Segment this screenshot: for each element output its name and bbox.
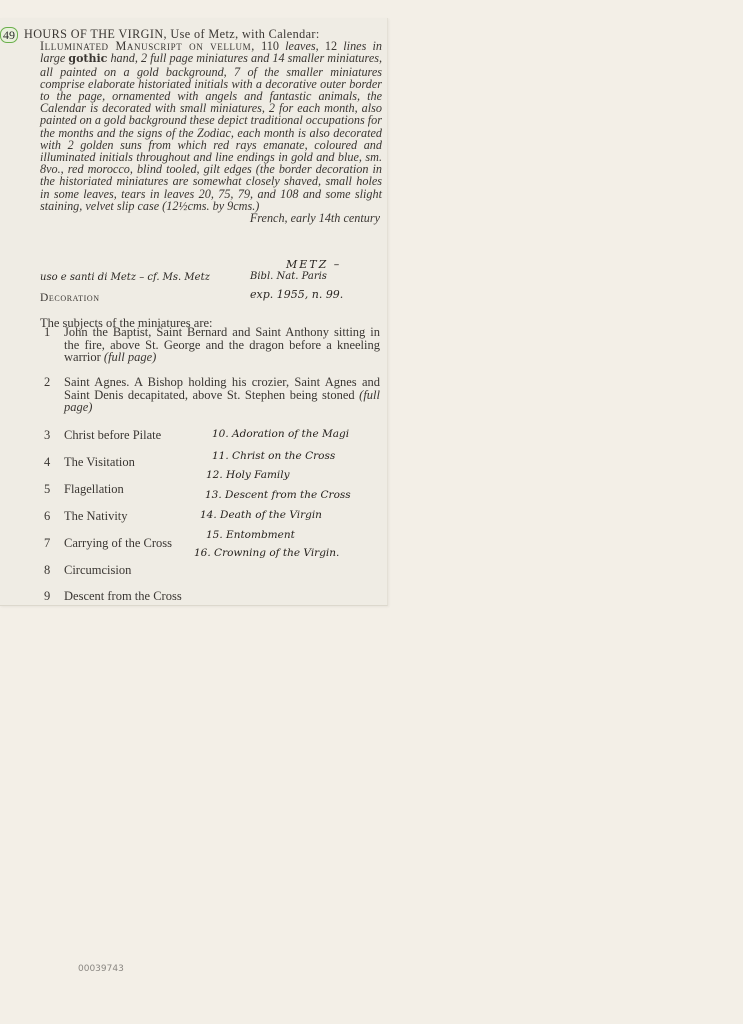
handwritten-subject: 15. Entombment bbox=[206, 529, 295, 541]
subject-number: 1 bbox=[44, 326, 54, 339]
subject-text: Circumcision bbox=[64, 564, 380, 577]
subject-note: (full page) bbox=[101, 350, 157, 364]
subject-number: 4 bbox=[44, 456, 54, 469]
lot-number-badge: 49 bbox=[0, 27, 18, 43]
lot-entry: 49 HOURS OF THE VIRGIN, Use of Metz, wit… bbox=[0, 28, 382, 224]
subject-number: 2 bbox=[44, 376, 54, 389]
gothic-word: gothic bbox=[68, 52, 107, 65]
subject-text: Saint Agnes. A Bishop holding his crozie… bbox=[64, 376, 380, 414]
handwritten-metz: METZ – bbox=[286, 258, 341, 271]
lot-description: Illuminated Manuscript on vellum, 110 le… bbox=[0, 40, 382, 212]
subject-number: 6 bbox=[44, 510, 54, 523]
handwritten-uso: uso e santi di Metz – cf. Ms. Metz bbox=[40, 272, 210, 283]
subject-number: 5 bbox=[44, 483, 54, 496]
lot-origin: French, early 14th century bbox=[0, 212, 382, 224]
archive-code: 00039743 bbox=[78, 964, 124, 974]
handwritten-bibl: Bibl. Nat. Paris bbox=[250, 271, 327, 282]
subject-number: 7 bbox=[44, 537, 54, 550]
subject-number: 3 bbox=[44, 429, 54, 442]
subject-number: 9 bbox=[44, 590, 54, 603]
decoration-label: Decoration bbox=[40, 292, 100, 304]
subject-number: 8 bbox=[44, 564, 54, 577]
subject-text: Descent from the Cross bbox=[64, 590, 380, 603]
subject-note: (full page) bbox=[64, 388, 380, 415]
catalogue-card: 49 HOURS OF THE VIRGIN, Use of Metz, wit… bbox=[0, 18, 388, 606]
subject-text: John the Baptist, Saint Bernard and Sain… bbox=[64, 326, 380, 364]
handwritten-subject: 11. Christ on the Cross bbox=[212, 450, 335, 462]
handwritten-exp: exp. 1955, n. 99. bbox=[250, 288, 343, 301]
handwritten-subject: 14. Death of the Virgin bbox=[200, 509, 322, 521]
handwritten-subject: 12. Holy Family bbox=[206, 469, 290, 481]
handwritten-subject: 13. Descent from the Cross bbox=[205, 489, 351, 501]
handwritten-subject: 10. Adoration of the Magi bbox=[212, 428, 349, 440]
handwritten-subject: 16. Crowning of the Virgin. bbox=[194, 547, 339, 559]
